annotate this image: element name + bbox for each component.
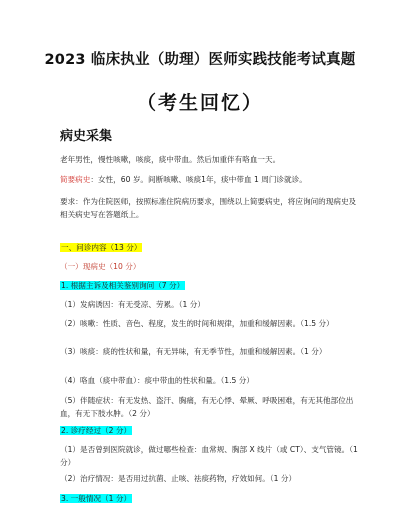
item2-point-1: （1）是否曾到医院就诊，做过哪些检查：血常规、胸部 X 线片（或 CT）、支气管… (60, 443, 360, 469)
item1-point-2: （2）咳嗽：性质、音色、程度，发生的时间和规律，加重和缓解因素。（1.5 分） (60, 317, 360, 330)
item3-label: 3. 一般情况（1 分） (60, 494, 132, 503)
document-title: 2023 临床执业（助理）医师实践技能考试真题 (0, 48, 400, 69)
brief-history: 简要病史：女性，60 岁。间断咳嗽、咳痰1年，痰中带血 1 周门诊就诊。 (60, 173, 360, 186)
part1-heading: 一、问诊内容（13 分） (60, 241, 360, 254)
document-page: 2023 临床执业（助理）医师实践技能考试真题 （考生回忆） 病史采集 老年男性… (0, 0, 400, 509)
document-subtitle: （考生回忆） (0, 88, 400, 115)
item2-point-2: （2）治疗情况：是否用过抗菌、止咳、祛痰药物，疗效如何。（1 分） (60, 472, 360, 485)
brief-history-label: 简要病史 (60, 175, 90, 184)
item1-point-3: （3）咳痰：痰的性状和量，有无异味，有无季节性，加重和缓解因素。（1 分） (60, 345, 360, 358)
item1-point-1: （1）发病诱因：有无受凉、劳累。（1 分） (60, 298, 360, 311)
item1-point-5: （5）伴随症状：有无发热、盗汗、胸痛，有无心悸、晕厥、呼吸困难，有无其他部位出血… (60, 394, 360, 420)
item1-heading: 1. 根据主诉及相关鉴别询问（7 分） (60, 279, 360, 292)
brief-history-text: ：女性，60 岁。间断咳嗽、咳痰1年，痰中带血 1 周门诊就诊。 (90, 175, 306, 184)
part1-label: 一、问诊内容（13 分） (60, 243, 142, 252)
part1-subheading: （一）现病史（10 分） (60, 260, 360, 273)
item1-point-4: （4）咯血（痰中带血）：痰中带血的性状和量。（1.5 分） (60, 374, 360, 387)
requirement-text: 要求：作为住院医师，按照标准住院病历要求，围绕以上简要病史，将应询问的现病史及相… (60, 195, 360, 221)
item1-label: 1. 根据主诉及相关鉴别询问（7 分） (60, 281, 185, 290)
item2-heading: 2. 诊疗经过（2 分） (60, 424, 360, 437)
item2-label: 2. 诊疗经过（2 分） (60, 426, 132, 435)
item3-heading: 3. 一般情况（1 分） (60, 492, 360, 505)
case-intro: 老年男性，慢性咳嗽，咳痰，痰中带血。然后加重伴有咯血一天。 (60, 153, 360, 166)
section-heading: 病史采集 (60, 125, 112, 144)
